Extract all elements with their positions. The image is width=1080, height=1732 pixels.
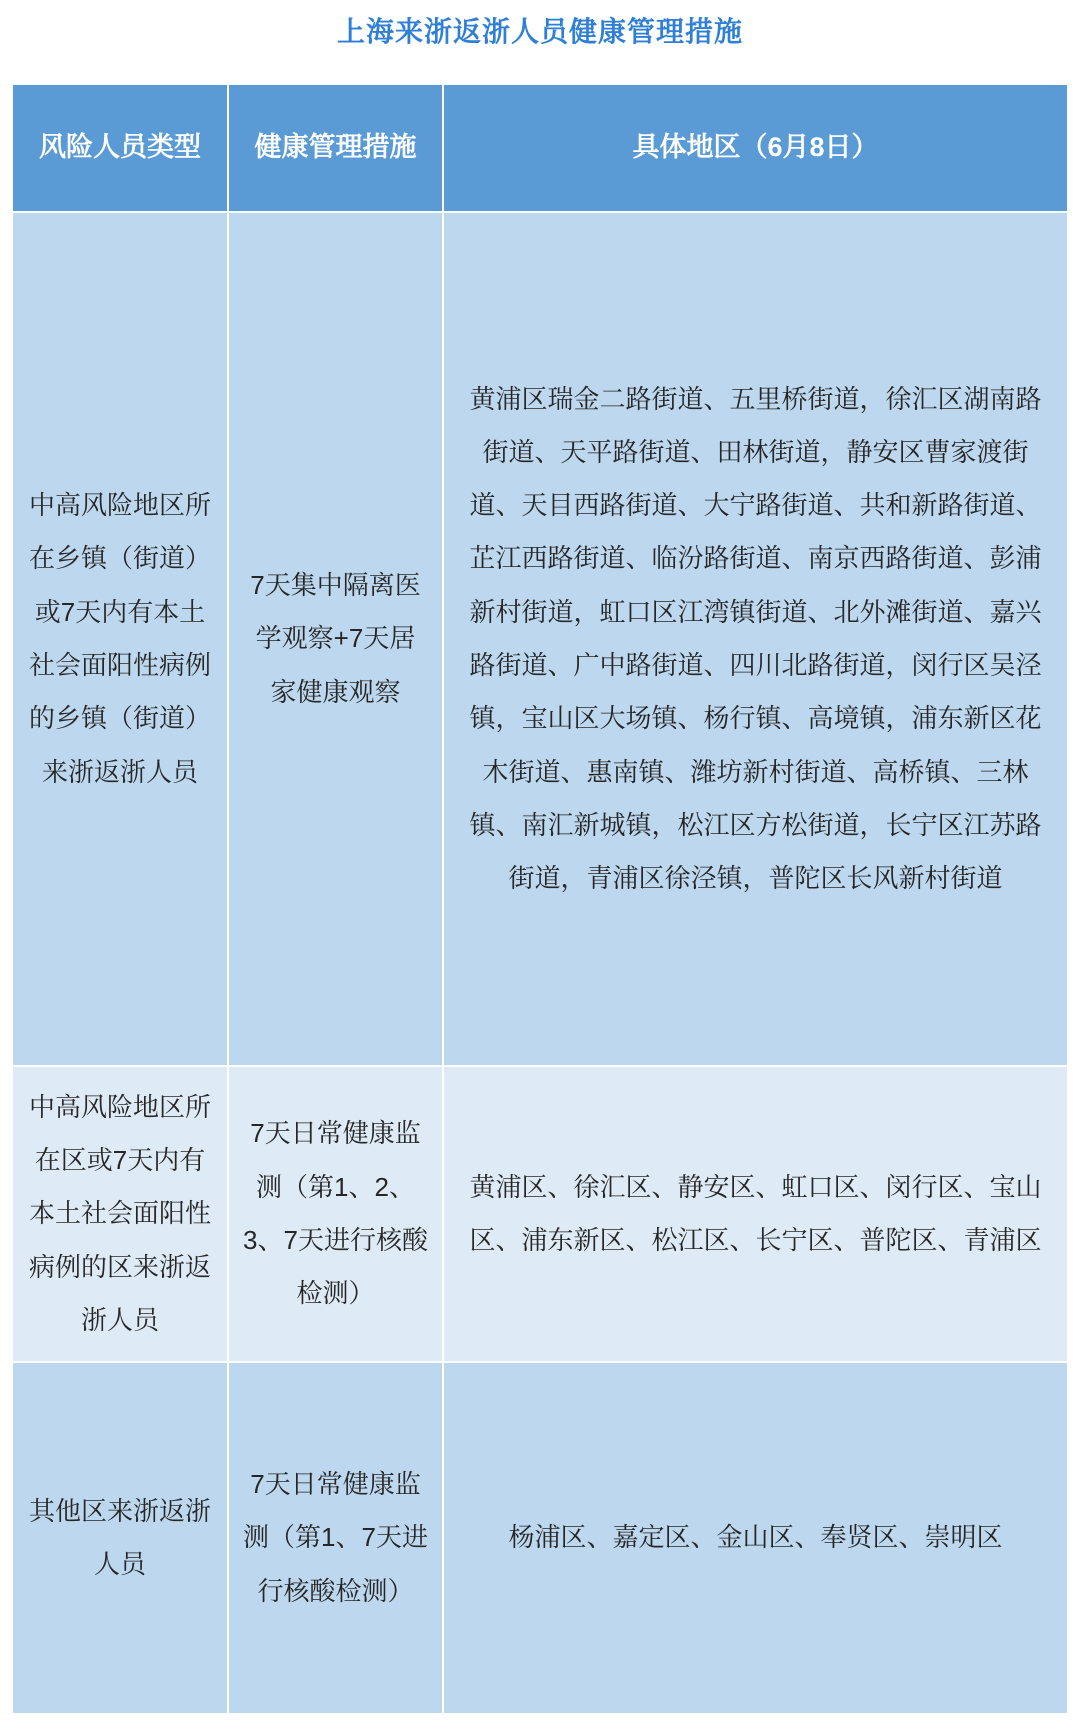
notice-page: 上海来浙返浙人员健康管理措施 风险人员类型 健康管理措施 具体地区（6月8日） … (0, 0, 1080, 1732)
column-header-areas: 具体地区（6月8日） (444, 85, 1067, 211)
row2-areas-cell: 黄浦区、徐汇区、静安区、虹口区、闵行区、宝山区、浦东新区、松江区、长宁区、普陀区… (444, 1067, 1067, 1361)
row2-risk-type-cell: 中高风险地区所在区或7天内有本土社会面阳性病例的区来浙返浙人员 (13, 1067, 227, 1361)
column-header-risk-type: 风险人员类型 (13, 85, 227, 211)
row1-risk-type-cell: 中高风险地区所在乡镇（街道）或7天内有本土社会面阳性病例的乡镇（街道）来浙返浙人… (13, 213, 227, 1065)
row3-areas-cell: 杨浦区、嘉定区、金山区、奉贤区、崇明区 (444, 1363, 1067, 1713)
row2-measure-cell: 7天日常健康监测（第1、2、3、7天进行核酸检测） (229, 1067, 442, 1361)
health-measures-table: 风险人员类型 健康管理措施 具体地区（6月8日） 中高风险地区所在乡镇（街道）或… (13, 85, 1067, 1713)
page-title: 上海来浙返浙人员健康管理措施 (0, 10, 1080, 50)
row3-measure-cell: 7天日常健康监测（第1、7天进行核酸检测） (229, 1363, 442, 1713)
row3-risk-type-cell: 其他区来浙返浙人员 (13, 1363, 227, 1713)
column-header-measure: 健康管理措施 (229, 85, 442, 211)
row1-areas-cell: 黄浦区瑞金二路街道、五里桥街道，徐汇区湖南路街道、天平路街道、田林街道，静安区曹… (444, 213, 1067, 1065)
row1-measure-cell: 7天集中隔离医学观察+7天居家健康观察 (229, 213, 442, 1065)
